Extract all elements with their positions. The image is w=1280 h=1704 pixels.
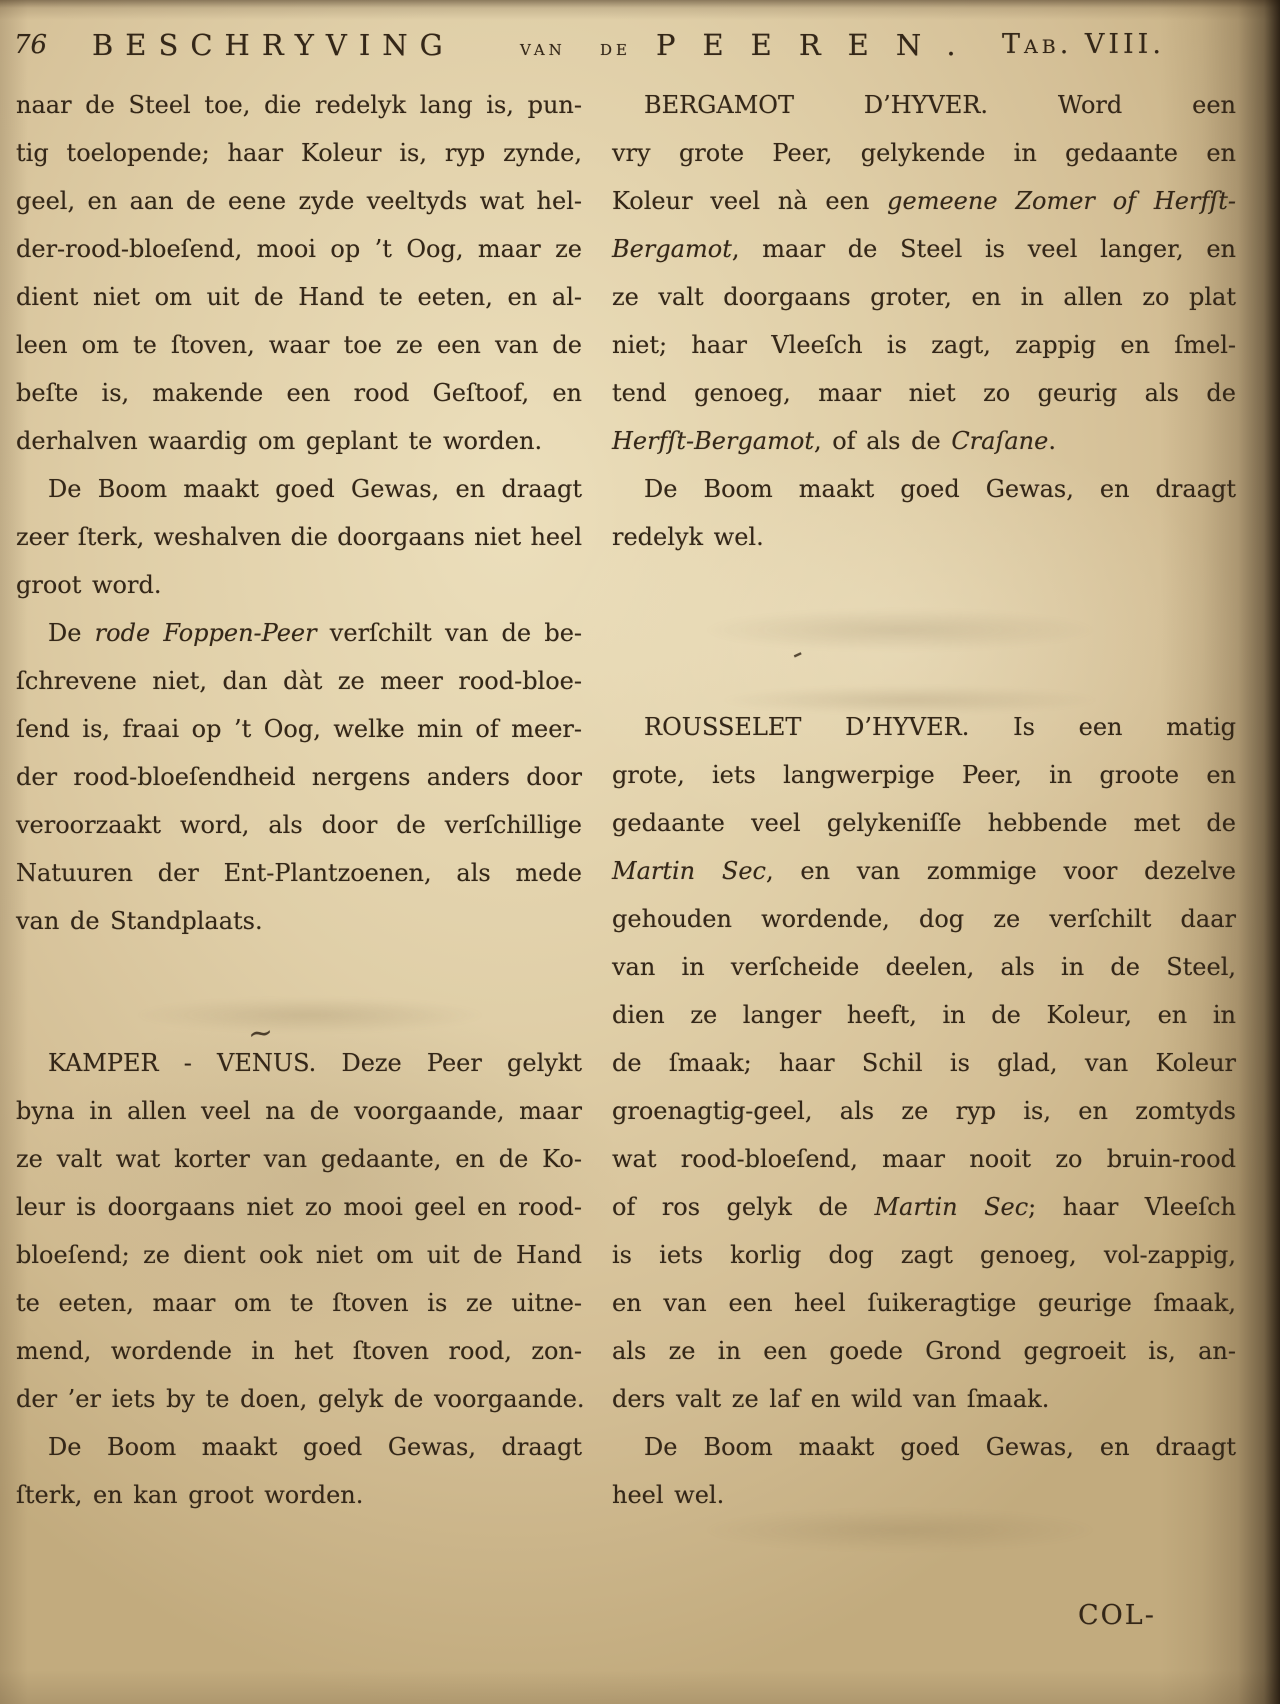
text-line: gehouden wordende, dog ze verſchilt daar <box>612 896 1236 944</box>
text-line: redelyk wel. <box>612 514 1236 562</box>
text-line: vry grote Peer, gelykende in gedaante en <box>612 130 1236 178</box>
text-line: der rood-bloeſendheid nergens anders doo… <box>16 754 582 802</box>
text-line: De Boom maakt goed Gewas, en draagt <box>16 466 582 514</box>
text-line: grote, iets langwerpige Peer, in groote … <box>612 752 1236 800</box>
section-gap <box>612 562 1236 704</box>
text-line: De Boom maakt goed Gewas, en draagt <box>612 1424 1236 1472</box>
text-line: zeer ſterk, weshalven die doorgaans niet… <box>16 514 582 562</box>
text-line: Koleur veel nà een gemeene Zomer of Herf… <box>612 178 1236 226</box>
section-gap <box>16 946 582 1040</box>
text-line: byna in allen veel na de voorgaande, maa… <box>16 1088 582 1136</box>
text-line: groot word. <box>16 562 582 610</box>
header-title: BESCHRYVING <box>92 28 455 62</box>
text-line: leur is doorgaans niet zo mooi geel en r… <box>16 1184 582 1232</box>
decorative-mark: ~ <box>246 1015 275 1052</box>
text-line: naar de Steel toe, die redelyk lang is, … <box>16 82 582 130</box>
text-line: is iets korlig dog zagt genoeg, vol-zapp… <box>612 1232 1236 1280</box>
text-line: mend, wordende in het ſtoven rood, zon- <box>16 1328 582 1376</box>
text-line: De Boom maakt goed Gewas, en draagt <box>612 466 1236 514</box>
text-line: ſend is, fraai op ’t Oog, welke min of m… <box>16 706 582 754</box>
text-line: tig toelopende; haar Koleur is, ryp zynd… <box>16 130 582 178</box>
text-line: van in verſcheide deelen, als in de Stee… <box>612 944 1236 992</box>
text-line: De Boom maakt goed Gewas, draagt <box>16 1424 582 1472</box>
text-line: dient niet om uit de Hand te eeten, en a… <box>16 274 582 322</box>
text-line: geel, en aan de eene zyde veeltyds wat h… <box>16 178 582 226</box>
text-line: bloeſend; ze dient ook niet om uit de Ha… <box>16 1232 582 1280</box>
text-line: der-rood-bloeſend, mooi op ’t Oog, maar … <box>16 226 582 274</box>
right-text-column: BERGAMOT D’HYVER. Word eenvry grote Peer… <box>612 82 1236 1520</box>
text-line: ſchrevene niet, dan dàt ze meer rood-blo… <box>16 658 582 706</box>
text-line: wat rood-bloeſend, maar nooit zo bruin-r… <box>612 1136 1236 1184</box>
catchword: COL- <box>1078 1600 1156 1631</box>
text-line: ders valt ze laf en wild van ſmaak. <box>612 1376 1236 1424</box>
text-line: Natuuren der Ent-Plantzoenen, als mede <box>16 850 582 898</box>
text-line: De rode Foppen-Peer verſchilt van de be- <box>16 610 582 658</box>
text-line: heel wel. <box>612 1472 1236 1520</box>
text-line: gedaante veel gelykeniſſe hebbende met d… <box>612 800 1236 848</box>
header-word-de: de <box>600 36 631 60</box>
left-text-column: naar de Steel toe, die redelyk lang is, … <box>16 82 582 1520</box>
text-line: en van een heel ſuikeragtige geurige ſma… <box>612 1280 1236 1328</box>
text-line: derhalven waardig om geplant te worden. <box>16 418 582 466</box>
text-line: van de Standplaats. <box>16 898 582 946</box>
text-line: dien ze langer heeft, in de Koleur, en i… <box>612 992 1236 1040</box>
text-line: leen om te ſtoven, waar toe ze een van d… <box>16 322 582 370</box>
text-line: als ze in een goede Grond gegroeit is, a… <box>612 1328 1236 1376</box>
header-subject: PEEREN. <box>656 28 983 62</box>
text-line: niet; haar Vleeſch is zagt, zappig en ſm… <box>612 322 1236 370</box>
text-line: Martin Sec, en van zommige voor dezelve <box>612 848 1236 896</box>
text-line: ze valt wat korter van gedaante, en de K… <box>16 1136 582 1184</box>
text-line: ze valt doorgaans groter, en in allen zo… <box>612 274 1236 322</box>
header-word-van: van <box>520 36 566 60</box>
text-line: BERGAMOT D’HYVER. Word een <box>612 82 1236 130</box>
text-line: Herfſt-Bergamot, of als de Craſane. <box>612 418 1236 466</box>
text-line: der ’er iets by te doen, gelyk de voorga… <box>16 1376 582 1424</box>
text-line: de ſmaak; haar Schil is glad, van Koleur <box>612 1040 1236 1088</box>
text-line: beſte is, makende een rood Geſtoof, en <box>16 370 582 418</box>
text-line: of ros gelyk de Martin Sec; haar Vleeſch <box>612 1184 1236 1232</box>
page-number: 76 <box>14 30 47 60</box>
text-line: tend genoeg, maar niet zo geurig als de <box>612 370 1236 418</box>
text-line: groenagtig-geel, als ze ryp is, en zomty… <box>612 1088 1236 1136</box>
text-line: Bergamot, maar de Steel is veel langer, … <box>612 226 1236 274</box>
text-line: veroorzaakt word, als door de verſchilli… <box>16 802 582 850</box>
text-line: ROUSSELET D’HYVER. Is een matig <box>612 704 1236 752</box>
text-line: KAMPER - VENUS. Deze Peer gelykt <box>16 1040 582 1088</box>
book-page: 76 BESCHRYVING van de PEEREN. Tab. VIII.… <box>0 0 1280 1704</box>
text-line: te eeten, maar om te ſtoven is ze uitne- <box>16 1280 582 1328</box>
header-plate-ref: Tab. VIII. <box>1002 29 1165 60</box>
text-line: ſterk, en kan groot worden. <box>16 1472 582 1520</box>
